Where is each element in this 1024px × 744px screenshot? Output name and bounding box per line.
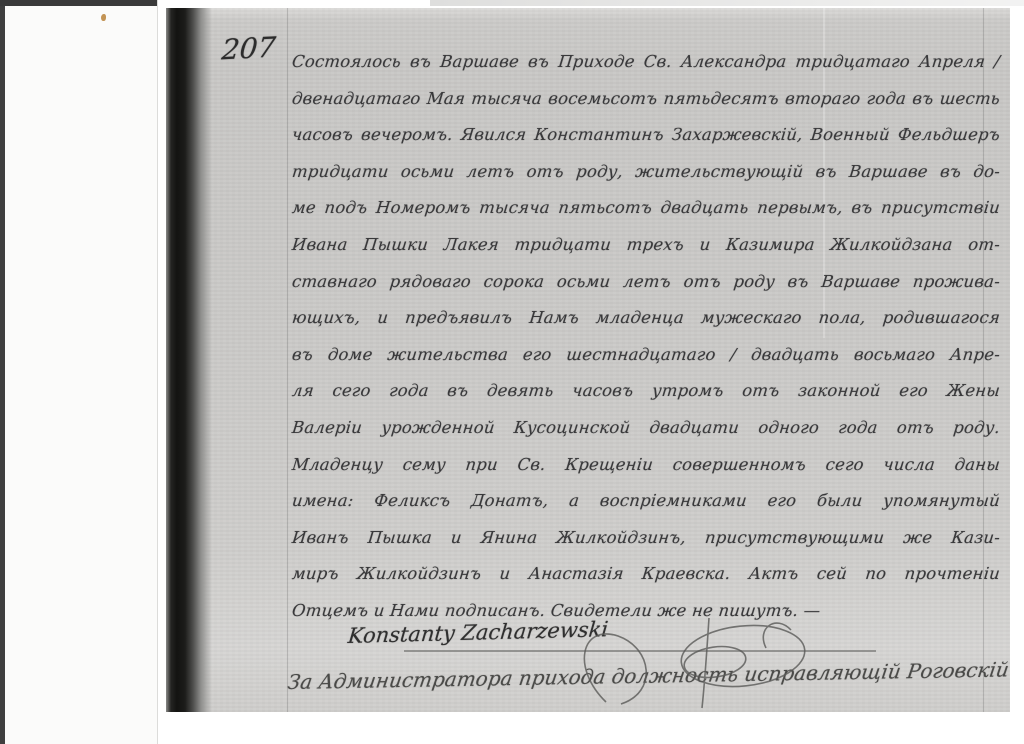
book-gutter-shadow [166, 8, 212, 712]
scan-top-streak [430, 0, 1024, 6]
scanner-margin-strip [0, 0, 158, 744]
clergy-signature: За Администратора прихода должность испр… [286, 657, 1010, 694]
scanned-record-page: 207 Состоялось въ Варшаве въ Приходе Св.… [166, 8, 1010, 712]
record-line-3: часовъ вечеромъ. Явился Константинъ Заха… [290, 117, 1002, 154]
record-line-13: имена: Феликсъ Донатъ, а воспріемниками … [290, 483, 1002, 520]
record-text: Состоялось въ Варшаве въ Приходе Св. Але… [292, 44, 1000, 630]
dust-speck [101, 14, 106, 21]
record-line-1: Состоялось въ Варшаве въ Приходе Св. Але… [290, 44, 1002, 81]
record-line-14: Иванъ Пышка и Янина Жилкойдзинъ, присутс… [290, 520, 1002, 557]
record-line-10: ля сего года въ девять часовъ утромъ отъ… [290, 373, 1002, 410]
record-line-8: ющихъ, и предъявилъ Намъ младенца мужеск… [290, 300, 1002, 337]
signature-rule [404, 650, 876, 652]
record-line-5: ме подъ Номеромъ тысяча пятьсотъ двадцат… [290, 190, 1002, 227]
record-line-9: въ доме жительства его шестнадцатаго / д… [290, 337, 1002, 374]
record-line-2: двенадцатаго Мая тысяча восемьсотъ пятьд… [290, 81, 1002, 118]
left-margin-rule [287, 8, 288, 712]
record-line-6: Ивана Пышки Лакея тридцати трехъ и Казим… [290, 227, 1002, 264]
record-line-11: Валеріи урожденной Кусоцинской двадцати … [290, 410, 1002, 447]
record-line-4: тридцати осьми летъ отъ роду, жительству… [290, 154, 1002, 191]
record-line-15: миръ Жилкойдзинъ и Анастазія Краевска. А… [290, 556, 1002, 593]
record-line-12: Младенцу сему при Св. Крещеніи совершенн… [290, 447, 1002, 484]
act-number: 207 [220, 31, 277, 67]
record-line-7: ставнаго рядоваго сорока осьми летъ отъ … [290, 264, 1002, 301]
